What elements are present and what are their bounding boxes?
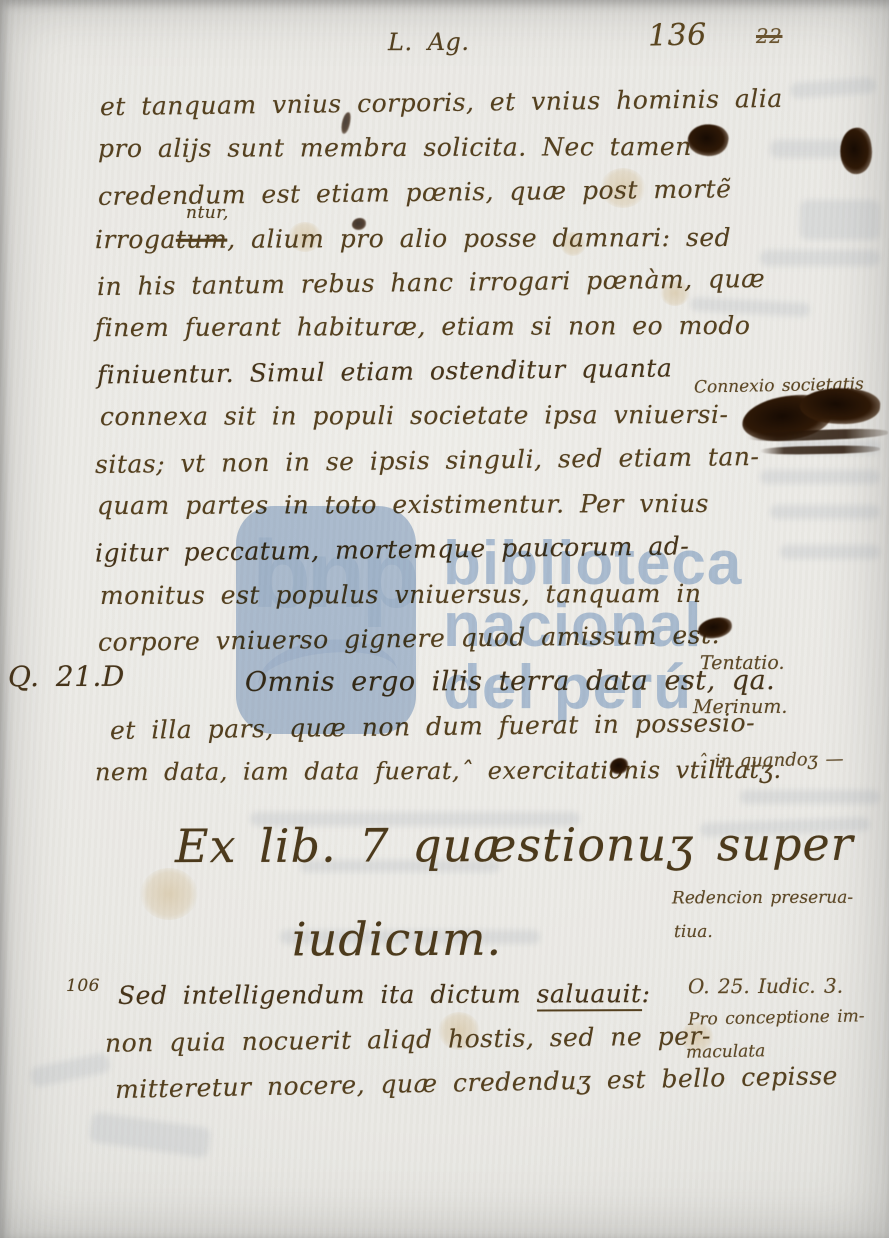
margin-line-number: 106 — [66, 976, 100, 996]
ink-blot — [685, 120, 731, 160]
text-line: non quia nocuerit aliqd hostis, sed ne p… — [105, 1021, 711, 1057]
margin-note-merinum: Merinum. — [693, 696, 787, 718]
text-fragment: irroga — [95, 225, 176, 254]
stain — [140, 868, 198, 920]
text-line: pro alijs sunt membra solicita. Nec tame… — [98, 132, 692, 163]
margin-note-citation: O. 25. Iudic. 3. — [688, 974, 843, 999]
text-line: nem data, iam data fuerat,ˆ exercitation… — [95, 756, 782, 786]
text-fragment: Sed intelligendum ita dictum — [118, 979, 537, 1009]
text-line: quam partes in toto existimentur. Per vn… — [97, 489, 709, 520]
ink-blot — [837, 126, 875, 176]
section-heading-line: iudicum. — [292, 912, 502, 967]
text-line: finiuentur. Simul etiam ostenditur quant… — [97, 353, 673, 389]
text-line: et tanquam vnius corporis, et vnius homi… — [100, 84, 783, 121]
text-line: monitus est populus vniuersus, tanquam i… — [100, 579, 702, 610]
margin-quaestio-mark: Q. 21.D — [8, 660, 125, 693]
text-line: sitas; vt non in se ipsis singuli, sed e… — [95, 442, 760, 479]
margin-note-tentatio: Tentatio. — [700, 652, 785, 674]
struck-word: tum — [176, 225, 227, 254]
margin-note-redencion: tiua. — [674, 922, 713, 942]
text-line: Omnis ergo illis terra data est, qa. — [245, 665, 775, 698]
text-fragment: : — [641, 979, 650, 1008]
text-line-with-strikeout: irrogatum, alium pro alio posse damnari:… — [95, 223, 731, 254]
text-fragment: , alium pro alio posse damnari: sed — [227, 223, 731, 254]
underlined-word: saluauit — [537, 979, 642, 1011]
margin-note-insertion: ˆ in quandoʒ — — [698, 749, 844, 773]
margin-note-pro-conceptione: maculata — [686, 1041, 766, 1063]
margin-note-pro-conceptione: Pro conceptione im- — [688, 1006, 865, 1029]
page-header: L. Ag. — [388, 28, 470, 56]
text-line: finem fuerant habituræ, etiam si non eo … — [95, 311, 750, 342]
manuscript-scan: L. Ag. 136 22 et tanquam vnius corporis,… — [0, 0, 889, 1238]
ink-smear — [760, 445, 880, 455]
interline-correction: ntur, — [186, 203, 229, 223]
text-line: in his tantum rebus hanc irrogari pœnàm,… — [97, 264, 765, 301]
text-line: et illa pars, quæ non dum fuerat in poss… — [110, 708, 755, 745]
text-line: corpore vniuerso gignere quod amissum es… — [98, 620, 720, 657]
folio-number: 136 — [648, 17, 707, 53]
text-line: mitteretur nocere, quæ credenduʒ est bel… — [115, 1061, 838, 1104]
text-line: connexa sit in populi societate ipsa vni… — [100, 400, 729, 431]
struck-numeral: 22 — [756, 24, 783, 48]
text-line: igitur peccatum, mortemque paucorum ad- — [95, 531, 690, 567]
text-line-with-underline: Sed intelligendum ita dictum saluauit: — [118, 979, 651, 1010]
section-heading-line: Ex lib. 7 quæstionuʒ super — [175, 817, 854, 873]
margin-note-redencion: Redencion preserua- — [672, 888, 853, 909]
